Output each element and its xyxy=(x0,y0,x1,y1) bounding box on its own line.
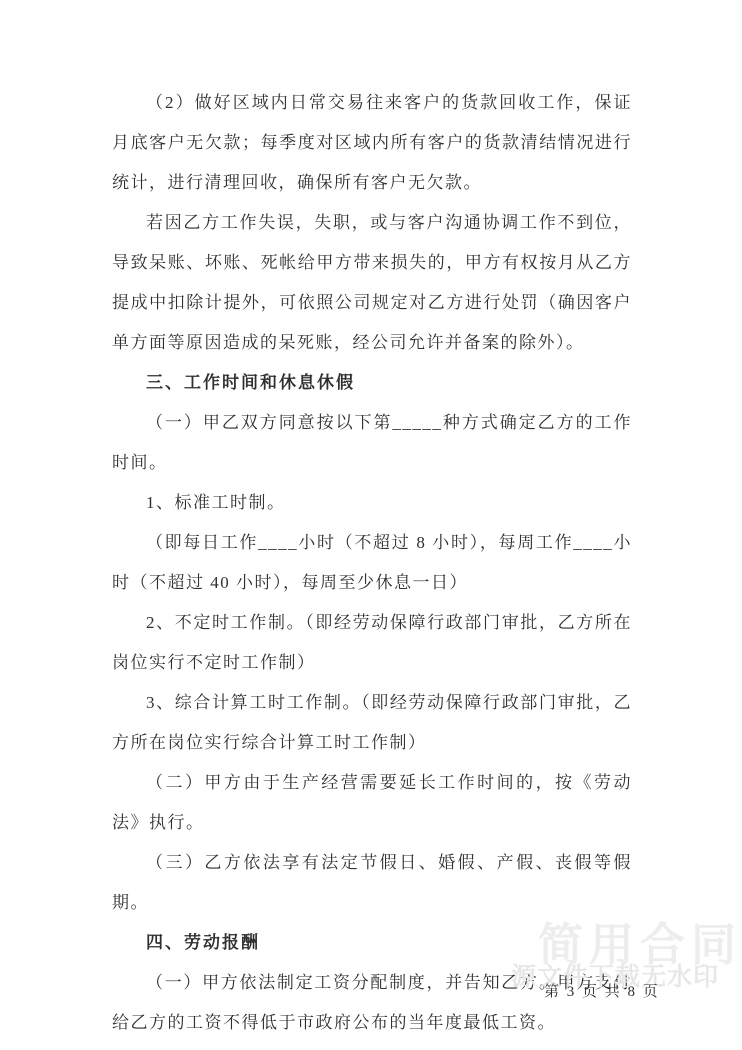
paragraph: 若因乙方工作失误，失职，或与客户沟通协调工作不到位，导致呆账、坏账、死帐给甲方带… xyxy=(112,203,632,363)
paragraph: 1、标准工时制。 xyxy=(112,483,632,523)
paragraph: （一）甲乙双方同意按以下第_____种方式确定乙方的工作时间。 xyxy=(112,403,632,483)
paragraph: 2、不定时工作制。（即经劳动保障行政部门审批，乙方所在岗位实行不定时工作制） xyxy=(112,603,632,683)
section-heading: 三、工作时间和休息休假 xyxy=(112,363,632,403)
paragraph: （即每日工作____小时（不超过 8 小时），每周工作____小时（不超过 40… xyxy=(112,523,632,603)
page-number: 第 3 页 共 8 页 xyxy=(544,980,660,1001)
paragraph: （2）做好区域内日常交易往来客户的货款回收工作，保证月底客户无欠款；每季度对区域… xyxy=(112,83,632,203)
paragraph: （二）甲方由于生产经营需要延长工作时间的，按《劳动法》执行。 xyxy=(112,763,632,843)
document-content: （2）做好区域内日常交易往来客户的货款回收工作，保证月底客户无欠款；每季度对区域… xyxy=(112,83,632,1043)
paragraph: 3、综合计算工时工作制。（即经劳动保障行政部门审批，乙方所在岗位实行综合计算工时… xyxy=(112,683,632,763)
document-page: （2）做好区域内日常交易往来客户的货款回收工作，保证月底客户无欠款；每季度对区域… xyxy=(0,0,742,1050)
